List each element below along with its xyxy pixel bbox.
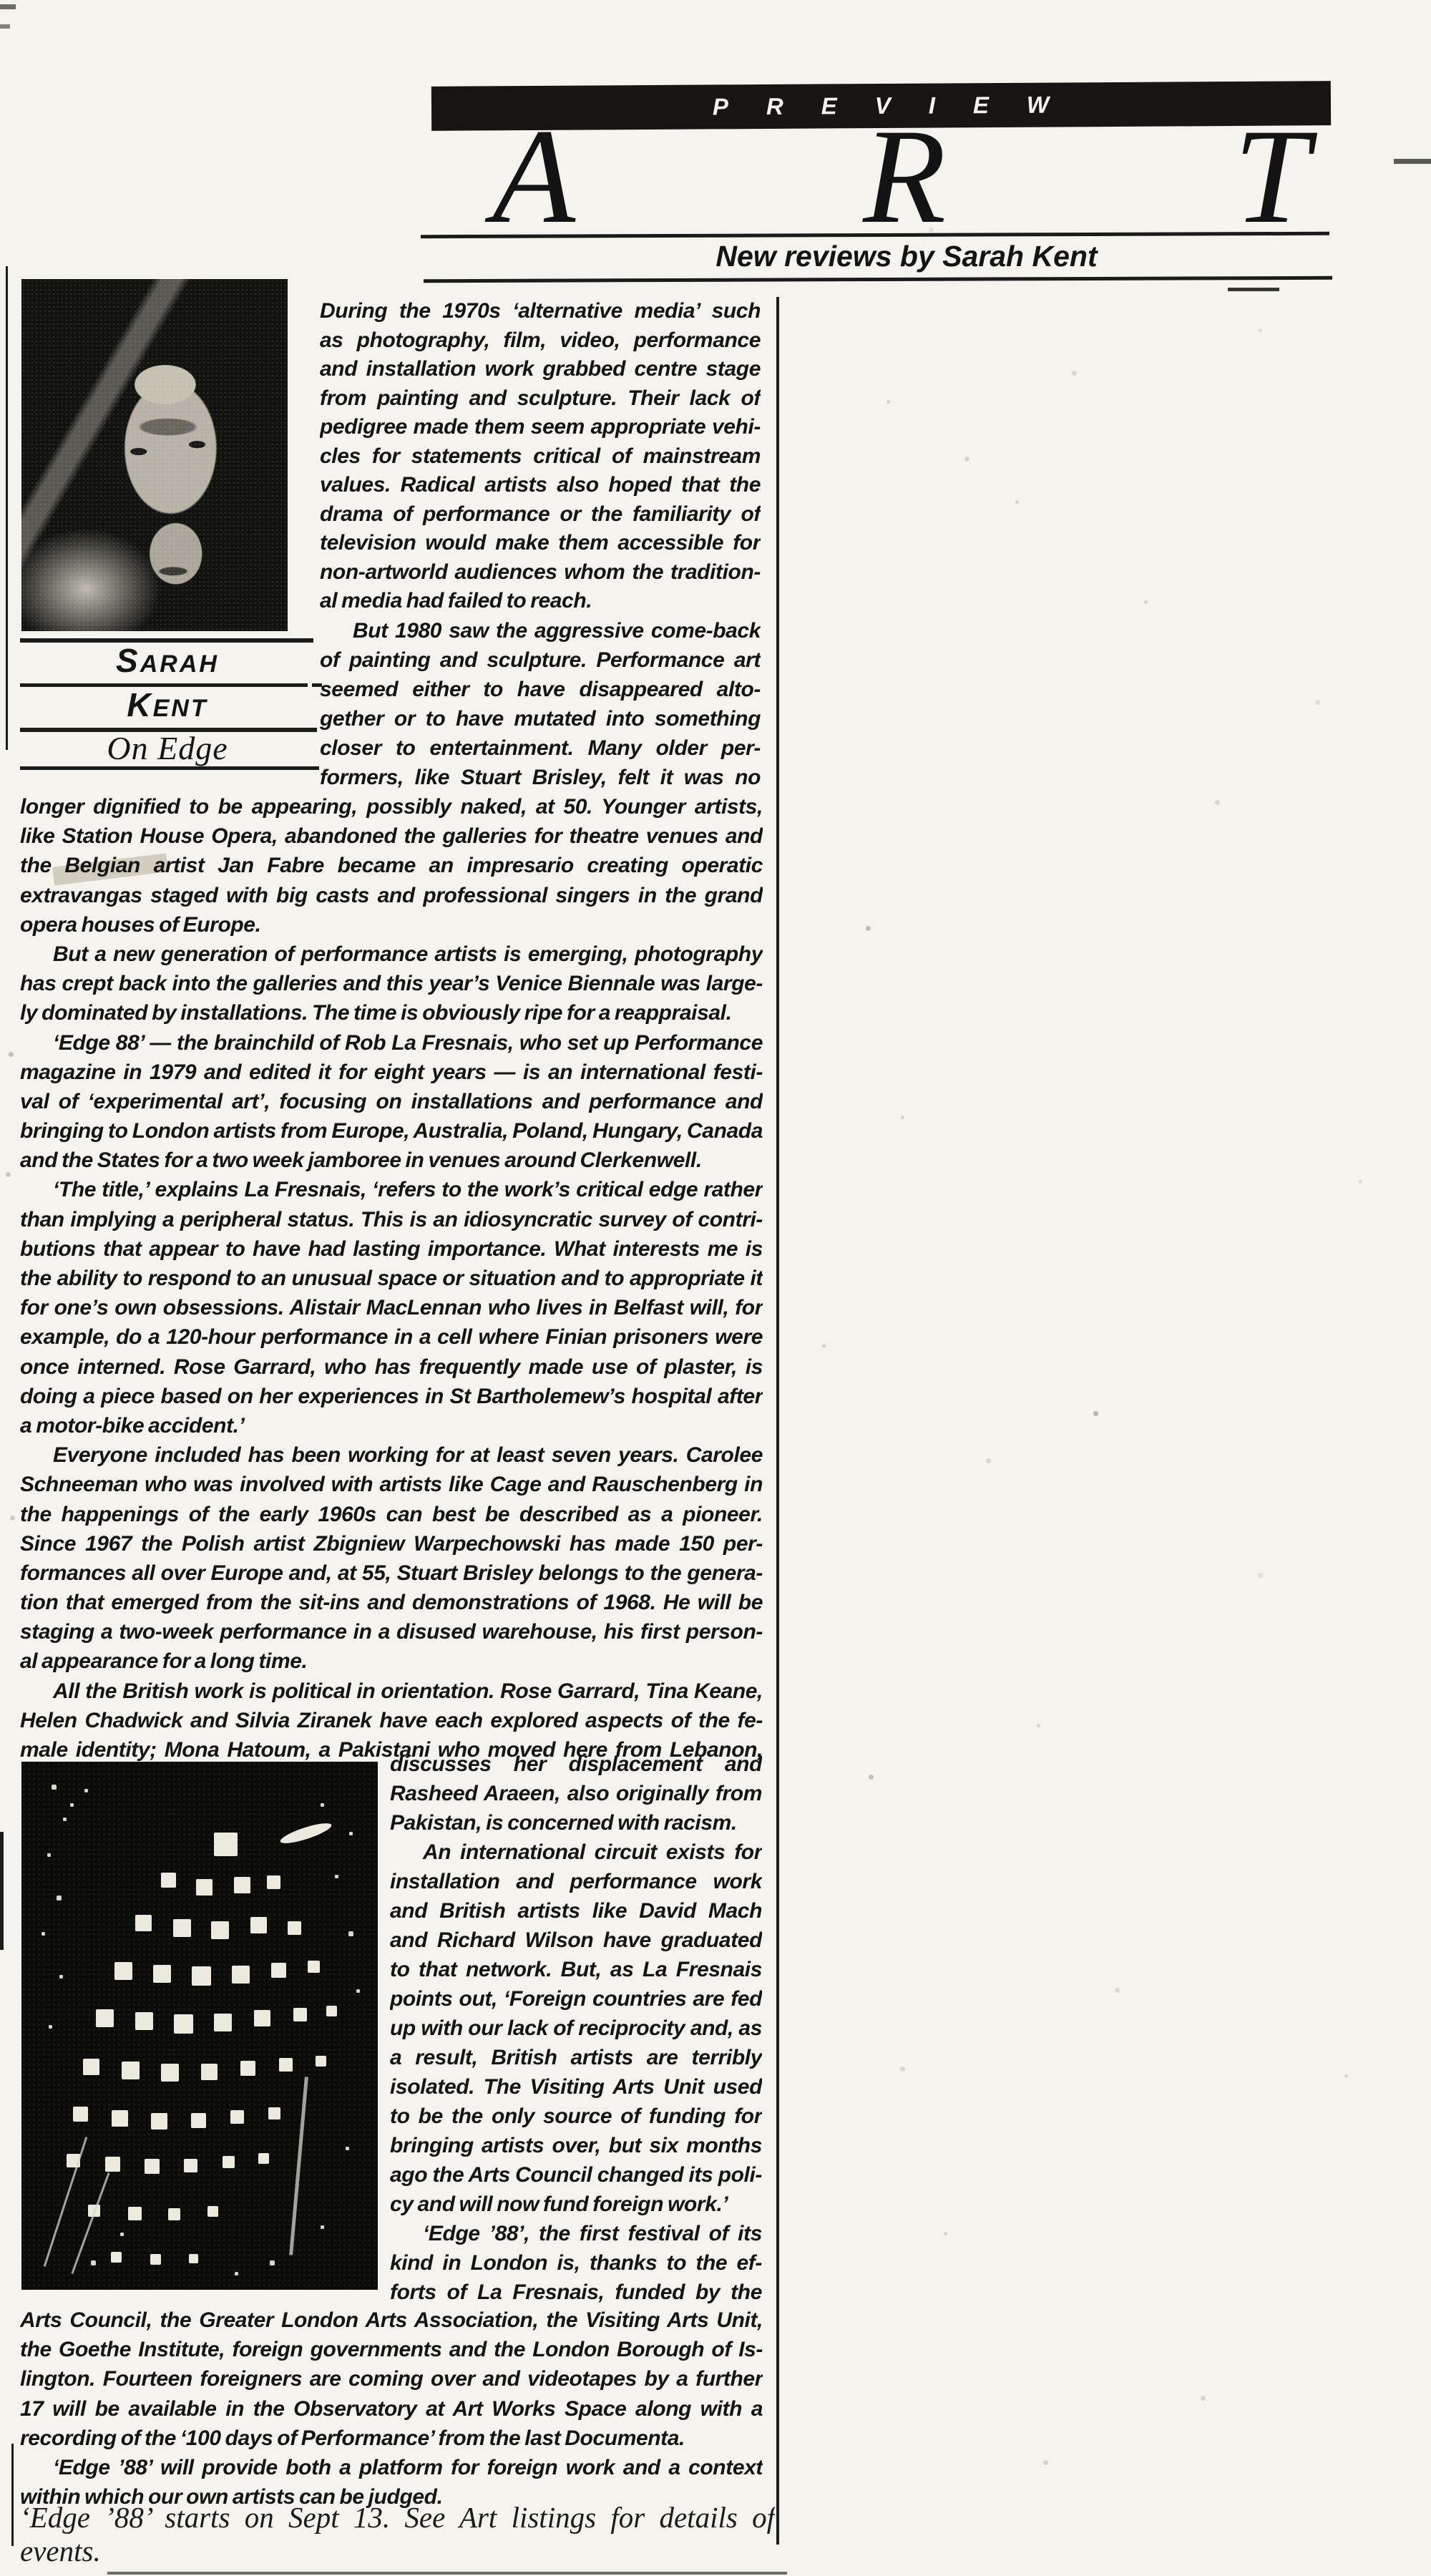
- text-line: and installation work grabbed centre sta…: [320, 355, 761, 384]
- author-first-name: SARAH: [20, 643, 315, 682]
- text-line: events.: [20, 2534, 775, 2568]
- paragraph-beside-author-box: But 1980 saw the aggressive come-backof …: [320, 616, 761, 792]
- text-line: cles for statements critical of mainstre…: [320, 442, 761, 472]
- byline: New reviews by Sarah Kent: [455, 239, 1358, 273]
- text-line: kind in London is, thanks to the ef-: [390, 2248, 762, 2278]
- text-line: as photography, film, video, performance: [320, 326, 761, 356]
- scan-noise-speckles: [0, 0, 2, 2]
- text-line: Schneeman who was involved with artists …: [20, 1470, 763, 1499]
- text-line: and the States for a two week jamboree i…: [20, 1146, 763, 1175]
- text-line: val of ‘experimental art’, focusing on i…: [20, 1087, 763, 1116]
- text-line: bringing artists over, but six months: [390, 2131, 762, 2160]
- paragraph-beside-artwork-photo: discusses her displacement andRasheed Ar…: [390, 1750, 762, 2307]
- scan-corner-artifact: [0, 24, 10, 29]
- text-line: doing a piece based on her experiences i…: [20, 1382, 763, 1411]
- text-line: ‘The title,’ explains La Fresnais, ‘refe…: [20, 1175, 763, 1204]
- left-margin-rule-segment: [11, 2444, 14, 2546]
- artwork-scan-speckles: [21, 1762, 22, 1762]
- text-line: of painting and sculpture. Performance a…: [320, 645, 761, 675]
- text-line: isolated. The Visiting Arts Unit used: [390, 2072, 762, 2102]
- text-line: al appearance for a long time.: [20, 1646, 763, 1676]
- text-line: closer to entertainment. Many older per-: [320, 733, 761, 763]
- art-title: A R T: [431, 106, 1331, 249]
- text-line: All the British work is political in ori…: [20, 1677, 763, 1706]
- author-last-name: KENT: [20, 687, 315, 726]
- text-line: recording of the ‘100 days of Performanc…: [20, 2424, 763, 2453]
- text-line: ‘Edge ’88’, the first festival of its: [390, 2219, 762, 2248]
- text-line: lington. Fourteen foreigners are coming …: [20, 2364, 763, 2394]
- author-first-initial: S: [116, 642, 140, 679]
- text-line: Helen Chadwick and Silvia Ziranek have e…: [20, 1706, 763, 1735]
- art-title-letter-t: T: [1234, 106, 1309, 249]
- closing-column-text: Arts Council, the Greater London Arts As…: [20, 2306, 763, 2512]
- text-line: gether or to have mutated into something: [320, 704, 761, 733]
- left-margin-rule-segment: [6, 266, 8, 750]
- main-column-text: longer dignified to be appearing, possib…: [20, 792, 763, 1765]
- listings-note: ‘Edge ’88’ starts on Sept 13. See Art li…: [20, 2501, 775, 2568]
- text-line: to that network. But, as La Fresnais: [390, 1955, 762, 1984]
- text-line: During the 1970s ‘alternative media’ suc…: [320, 297, 761, 326]
- text-line: formances all over Europe and, at 55, St…: [20, 1558, 763, 1588]
- text-line: al media had failed to reach.: [320, 587, 761, 616]
- text-line: to be the only source of funding for: [390, 2102, 762, 2131]
- scan-dash-artifact: [1394, 159, 1431, 164]
- text-line: cy and will now fund foreign work.’: [390, 2190, 762, 2219]
- text-line: forts of La Fresnais, funded by the: [390, 2278, 762, 2307]
- text-line: once interned. Rose Garrard, who has fre…: [20, 1352, 763, 1382]
- art-title-letter-a: A: [492, 106, 575, 249]
- text-line: Rasheed Araeen, also originally from: [390, 1779, 762, 1808]
- text-line: like Station House Opera, abandoned the …: [20, 821, 763, 851]
- text-line: example, do a 120-hour performance in a …: [20, 1322, 763, 1352]
- text-line: An international circuit exists for: [390, 1838, 762, 1867]
- text-line: for one’s own obsessions. Alistair MacLe…: [20, 1293, 763, 1322]
- author-box-rule: [20, 766, 319, 770]
- text-line: formers, like Stuart Brisley, felt it wa…: [320, 763, 761, 792]
- text-line: 17 will be available in the Observatory …: [20, 2394, 763, 2424]
- text-line: the Belgian artist Jan Fabre became an i…: [20, 851, 763, 880]
- author-first-rest: ARAH: [140, 650, 219, 678]
- text-line: a result, British artists are terribly: [390, 2043, 762, 2072]
- text-line: ago the Arts Council changed its poli-: [390, 2160, 762, 2190]
- text-line: opera houses of Europe.: [20, 910, 763, 940]
- text-line: a motor-bike accident.’: [20, 1411, 763, 1440]
- installation-artwork-photo: [21, 1762, 378, 2290]
- intro-paragraph-beside-photo: During the 1970s ‘alternative media’ suc…: [320, 297, 761, 616]
- left-margin-rule-segment: [0, 1832, 4, 1950]
- text-line: up with our lack of reciprocity and, as: [390, 2014, 762, 2043]
- text-line: butions that appear to have had lasting …: [20, 1234, 763, 1264]
- text-line: has crept back into the galleries and th…: [20, 969, 763, 998]
- text-line: values. Radical artists also hoped that …: [320, 471, 761, 500]
- artwork-scratch: [71, 2172, 109, 2274]
- text-line: Everyone included has been working for a…: [20, 1440, 763, 1470]
- text-line: magazine in 1979 and edited it for eight…: [20, 1058, 763, 1087]
- text-line: Pakistan, is concerned with racism.: [390, 1808, 762, 1838]
- sarah-kent-portrait-photo: [21, 279, 288, 631]
- author-last-initial: K: [127, 686, 152, 723]
- text-line: the Goethe Institute, foreign government…: [20, 2335, 763, 2364]
- text-line: pedigree made them seem appropriate vehi…: [320, 413, 761, 442]
- text-line: from painting and sculpture. Their lack …: [320, 384, 761, 414]
- artwork-white-arc: [278, 1820, 333, 1847]
- masthead-rule-bottom: [424, 276, 1332, 283]
- scanned-magazine-page: PREVIEW A R T New reviews by Sarah Kent …: [0, 0, 1431, 2576]
- text-line: the happenings of the early 1960s can be…: [20, 1500, 763, 1529]
- text-line: extravangas staged with big casts and pr…: [20, 881, 763, 910]
- text-line: But a new generation of performance arti…: [20, 940, 763, 969]
- text-line: longer dignified to be appearing, possib…: [20, 792, 763, 821]
- text-line: than implying a peripheral status. This …: [20, 1205, 763, 1234]
- text-line: Since 1967 the Polish artist Zbigniew Wa…: [20, 1529, 763, 1558]
- scan-dash-artifact: [1228, 288, 1279, 291]
- text-line: the ability to respond to an unusual spa…: [20, 1264, 763, 1293]
- column-divider-rule: [776, 297, 779, 2545]
- art-title-letter-r: R: [863, 106, 946, 249]
- text-line: Arts Council, the Greater London Arts As…: [20, 2306, 763, 2335]
- text-line: bringing to London artists from Europe, …: [20, 1116, 763, 1146]
- text-line: and Richard Wilson have graduated on: [390, 1926, 762, 1955]
- bottom-edge-rule: [107, 2572, 787, 2575]
- text-line: But 1980 saw the aggressive come-back: [320, 616, 761, 645]
- text-line: ‘Edge 88’ — the brainchild of Rob La Fre…: [20, 1028, 763, 1058]
- text-line: seemed either to have disappeared alto-: [320, 675, 761, 704]
- text-line: drama of performance or the familiarity …: [320, 500, 761, 530]
- author-last-rest: ENT: [153, 695, 208, 722]
- text-line: ‘Edge ’88’ will provide both a platform …: [20, 2453, 763, 2482]
- text-line: non-artworld audiences whom the traditio…: [320, 558, 761, 587]
- text-line: staging a two-week performance in a disu…: [20, 1617, 763, 1646]
- text-line: installation and performance work: [390, 1867, 762, 1896]
- text-line: discusses her displacement and: [390, 1750, 762, 1779]
- text-line: tion that emerged from the sit-ins and d…: [20, 1588, 763, 1617]
- series-title: On Edge: [20, 730, 315, 767]
- text-line: and British artists like David Mach: [390, 1896, 762, 1926]
- text-line: ly dominated by installations. The time …: [20, 998, 763, 1028]
- text-line: points out, ‘Foreign countries are fed: [390, 1984, 762, 2014]
- text-line: ‘Edge ’88’ starts on Sept 13. See Art li…: [20, 2501, 775, 2534]
- text-line: television would make them accessible fo…: [320, 529, 761, 558]
- artwork-scratch: [289, 2077, 308, 2255]
- scan-corner-artifact: [0, 4, 16, 9]
